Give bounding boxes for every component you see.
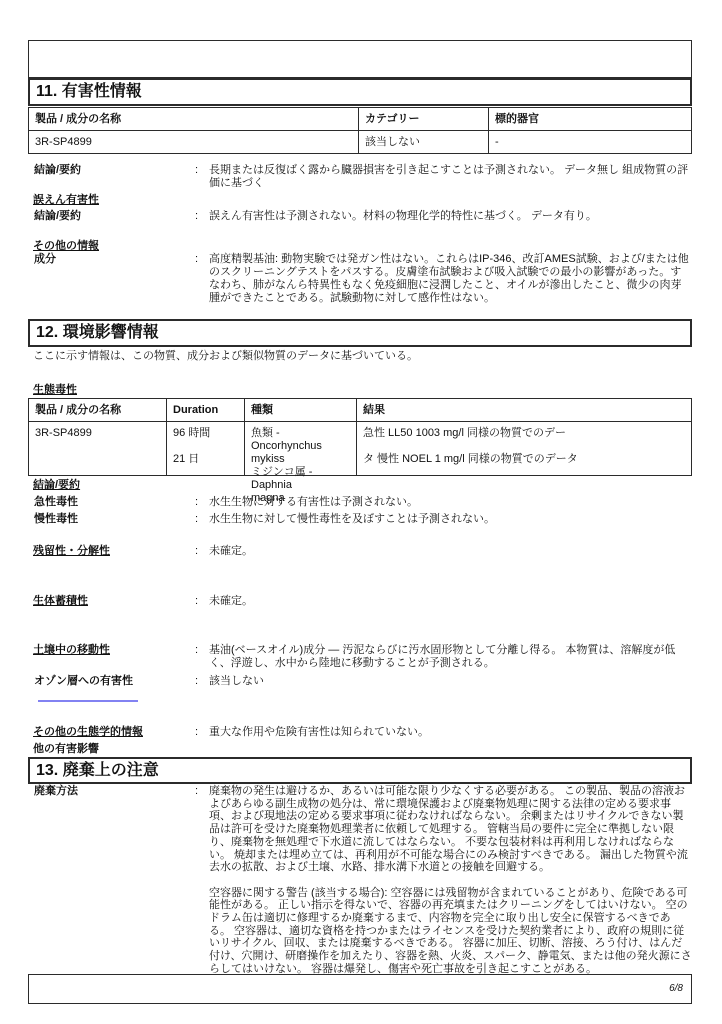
col-product-name: 製品 / 成分の名称 — [29, 399, 167, 422]
aspiration-conclusion-field: 結論/要約 : 誤えん有害性は予測されない。材料の物理化学的特性に基づく。 デー… — [28, 210, 692, 223]
toxicity-classification-table: 製品 / 成分の名称 カテゴリー 標的器官 3R-SP4899 該当しない - — [28, 107, 692, 154]
page-footer: 6/8 — [28, 974, 692, 1004]
col-result: 結果 — [357, 399, 692, 422]
field-label: オゾン層への有害性 — [28, 675, 195, 688]
field-label: 慢性毒性 — [28, 513, 195, 526]
conclusion-summary-field: 結論/要約 : 長期または反復ばく露から臓器損害を引き起こすことは予測されない。… — [28, 164, 692, 190]
colon: : — [195, 210, 209, 223]
colon: : — [195, 496, 209, 509]
col-product-name: 製品 / 成分の名称 — [29, 108, 359, 131]
field-label: 結論/要約 — [28, 210, 195, 223]
table-row: 3R-SP4899 96 時間 21 日 魚類 - Oncorhynchus m… — [29, 422, 692, 476]
table-header-row: 製品 / 成分の名称 Duration 種類 結果 — [29, 399, 692, 422]
other-information-heading: その他の情報 — [33, 240, 99, 253]
species-cell: 魚類 - Oncorhynchus mykiss ミジンコ属 - Daphnia… — [245, 422, 357, 476]
soil-mobility-field: 土壌中の移動性 : 基油(ベースオイル)成分 ― 汚泥ならびに汚水固形物として分… — [28, 644, 692, 670]
eco-conclusion-heading: 結論/要約 — [33, 479, 80, 492]
acute-toxicity-field: 急性毒性 : 水生生物に対する有害性は予測されない。 — [28, 496, 692, 509]
product-name-cell: 3R-SP4899 — [29, 131, 359, 154]
section-12-intro: ここに示す情報は、この物質、成分および類似物質のデータに基づいている。 — [33, 350, 418, 363]
colon: : — [195, 726, 209, 739]
ecotoxicity-heading: 生態毒性 — [33, 384, 77, 397]
disposal-method-field: 廃棄方法 : 廃棄物の発生は避けるか、あるいは可能な限り少なくする必要がある。 … — [28, 785, 692, 976]
col-species: 種類 — [245, 399, 357, 422]
field-value: 高度精製基油: 動物実験では発ガン性はない。これらはIP-346、改訂AMES試… — [209, 253, 692, 305]
field-label: その他の生態学的情報 — [28, 726, 195, 739]
sds-page: { "ui": { "colon": ":" }, "page": { "num… — [0, 0, 722, 1024]
col-category: カテゴリー — [359, 108, 489, 131]
section-13-title: 13. 廃棄上の注意 — [36, 762, 159, 779]
target-organ-cell: - — [489, 131, 692, 154]
field-value: 水生生物に対する有害性は予測されない。 — [209, 496, 692, 509]
field-label: 結論/要約 — [28, 164, 195, 177]
ozone-hazard-field: オゾン層への有害性 : 該当しない — [28, 675, 692, 688]
page-number: 6/8 — [669, 983, 683, 994]
section-13-header: 13. 廃棄上の注意 — [28, 757, 692, 784]
col-target-organ: 標的器官 — [489, 108, 692, 131]
section-11-title: 11. 有害性情報 — [36, 83, 142, 100]
product-name-text: 3R-SP4899 — [35, 427, 160, 471]
field-label: 成分 — [28, 253, 195, 266]
result-cell: 急性 LL50 1003 mg/l 同様の物質でのデー タ 慢性 NOEL 1 … — [357, 422, 692, 476]
field-label: 土壌中の移動性 — [28, 644, 195, 657]
field-value: 未確定。 — [209, 545, 692, 558]
field-value: 廃棄物の発生は避けるか、あるいは可能な限り少なくする必要がある。 この製品、製品… — [209, 785, 692, 976]
ingredients-field: 成分 : 高度精製基油: 動物実験では発ガン性はない。これらはIP-346、改訂… — [28, 253, 692, 305]
section-12-header: 12. 環境影響情報 — [28, 319, 692, 347]
result-text: 急性 LL50 1003 mg/l 同様の物質でのデー タ 慢性 NOEL 1 … — [363, 427, 685, 471]
colon: : — [195, 785, 209, 798]
field-label: 廃棄方法 — [28, 785, 195, 798]
page-top-box — [28, 40, 692, 78]
field-value: 長期または反復ばく露から臓器損害を引き起こすことは予測されない。 データ無し 組… — [209, 164, 692, 190]
persistence-degradability-field: 残留性・分解性 : 未確定。 — [28, 545, 692, 558]
bioaccumulation-field: 生体蓄積性 : 未確定。 — [28, 595, 692, 608]
colon: : — [195, 253, 209, 266]
field-label: 急性毒性 — [28, 496, 195, 509]
aspiration-hazard-heading: 誤えん有害性 — [33, 194, 99, 207]
field-value: 水生生物に対して慢性毒性を及ぼすことは予測されない。 — [209, 513, 692, 526]
section-11-header: 11. 有害性情報 — [28, 78, 692, 106]
chronic-toxicity-field: 慢性毒性 : 水生生物に対して慢性毒性を及ぼすことは予測されない。 — [28, 513, 692, 526]
col-duration: Duration — [167, 399, 245, 422]
product-name-cell: 3R-SP4899 — [29, 422, 167, 476]
table-row: 3R-SP4899 該当しない - — [29, 131, 692, 154]
colon: : — [195, 675, 209, 688]
field-label: 残留性・分解性 — [28, 545, 195, 558]
category-cell: 該当しない — [359, 131, 489, 154]
section-12-title: 12. 環境影響情報 — [36, 324, 159, 341]
field-value: 該当しない — [209, 675, 692, 688]
table-header-row: 製品 / 成分の名称 カテゴリー 標的器官 — [29, 108, 692, 131]
colon: : — [195, 644, 209, 657]
duration-cell: 96 時間 21 日 — [167, 422, 245, 476]
colon: : — [195, 164, 209, 177]
field-value: 重大な作用や危険有害性は知られていない。 — [209, 726, 692, 739]
colon: : — [195, 513, 209, 526]
duration-text: 96 時間 21 日 — [173, 427, 238, 471]
field-value: 未確定。 — [209, 595, 692, 608]
colon: : — [195, 595, 209, 608]
field-label: 生体蓄積性 — [28, 595, 195, 608]
blue-rule — [38, 700, 138, 702]
other-ecological-info-field: その他の生態学的情報 : 重大な作用や危険有害性は知られていない。 — [28, 726, 692, 739]
other-adverse-effects-heading: 他の有害影響 — [33, 743, 99, 756]
species-text: 魚類 - Oncorhynchus mykiss ミジンコ属 - Daphnia… — [251, 427, 350, 471]
ecotoxicity-table: 製品 / 成分の名称 Duration 種類 結果 3R-SP4899 96 時… — [28, 398, 692, 476]
field-value: 誤えん有害性は予測されない。材料の物理化学的特性に基づく。 データ有り。 — [209, 210, 692, 223]
colon: : — [195, 545, 209, 558]
field-value: 基油(ベースオイル)成分 ― 汚泥ならびに汚水固形物として分離し得る。 本物質は… — [209, 644, 692, 670]
